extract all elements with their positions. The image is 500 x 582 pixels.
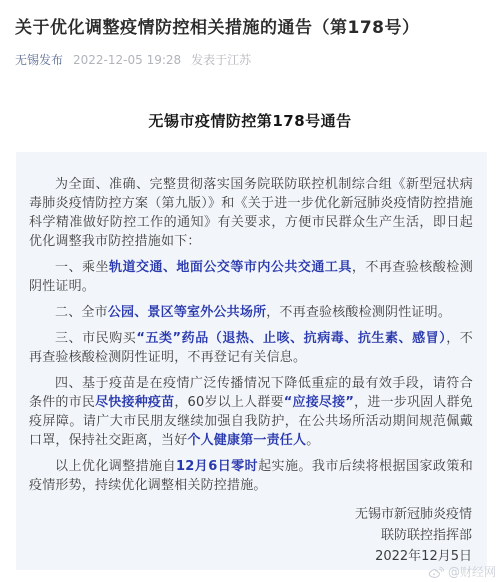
highlighted-text: 12月6日零时 [176, 459, 258, 474]
highlighted-text: 尽快接种疫苗 [95, 395, 174, 410]
notice-paragraph: 一、乘坐轨道交通、地面公交等市内公共交通工具，不再查验核酸检测阴性证明。 [29, 258, 473, 296]
weibo-icon [428, 566, 445, 579]
notice-paragraph: 为全面、准确、完整贯彻落实国务院联防联控机制综合组《新型冠状病毒肺炎疫情防控方案… [29, 175, 473, 251]
watermark: @财经网 [428, 565, 496, 579]
highlighted-text: “五类”药品（退热、止咳、抗病毒、抗生素、感冒） [136, 331, 446, 346]
author-link[interactable]: 无锡发布 [15, 52, 63, 68]
post-timestamp: 2022-12-05 19:28 [73, 52, 181, 68]
signature-line: 联防联控指挥部 [29, 525, 472, 546]
notice-paragraph: 以上优化调整措施自12月6日零时起实施。我市后续将根据国家政策和疫情形势，持续优… [29, 457, 473, 495]
highlighted-text: “应接尽接” [284, 395, 354, 410]
body-text: 以上优化调整措施自 [55, 459, 176, 474]
signature-line: 2022年12月5日 [29, 546, 472, 567]
notice-card: 为全面、准确、完整贯彻落实国务院联防联控机制综合组《新型冠状病毒肺炎疫情防控方案… [16, 152, 487, 570]
page-title: 关于优化调整疫情防控相关措施的通告（第178号） [0, 0, 500, 40]
notice-paragraph: 二、全市公园、景区等室外公共场所，不再查验核酸检测阴性证明。 [29, 303, 473, 322]
body-text: 三、市民购买 [55, 331, 136, 346]
body-text: 为全面、准确、完整贯彻落实国务院联防联控机制综合组《新型冠状病毒肺炎疫情防控方案… [29, 177, 473, 249]
body-text: ，不再查验核酸检测阴性证明。 [266, 305, 451, 320]
body-text: 二、全市 [55, 305, 108, 320]
article-header: 关于优化调整疫情防控相关措施的通告（第178号） 无锡发布 2022-12-05… [0, 0, 500, 68]
highlighted-text: 公园、景区等室外公共场所 [108, 305, 266, 320]
highlighted-text: 个人健康第一责任人 [187, 433, 306, 448]
highlighted-text: 轨道交通、地面公交等市内公共交通工具 [109, 260, 352, 275]
notice-heading: 无锡市疫情防控第178号通告 [0, 112, 500, 130]
post-location: 发表于江苏 [191, 52, 251, 68]
notice-signature: 无锡市新冠肺炎疫情联防联控指挥部2022年12月5日 [29, 504, 473, 567]
notice-paragraph: 四、基于疫苗是在疫情广泛传播情况下降低重症的最有效手段，请符合条件的市民尽快接种… [29, 374, 473, 450]
body-text: 一、乘坐 [55, 260, 109, 275]
notice-paragraph: 三、市民购买“五类”药品（退热、止咳、抗病毒、抗生素、感冒），不再查验核酸检测阴… [29, 329, 473, 367]
signature-line: 无锡市新冠肺炎疫情 [29, 504, 472, 525]
body-text: 。 [306, 433, 319, 448]
notice-body: 为全面、准确、完整贯彻落实国务院联防联控机制综合组《新型冠状病毒肺炎疫情防控方案… [29, 175, 473, 495]
watermark-text: @财经网 [448, 565, 496, 579]
body-text: ，60岁以上人群要 [174, 395, 283, 410]
byline: 无锡发布 2022-12-05 19:28 发表于江苏 [0, 40, 500, 68]
